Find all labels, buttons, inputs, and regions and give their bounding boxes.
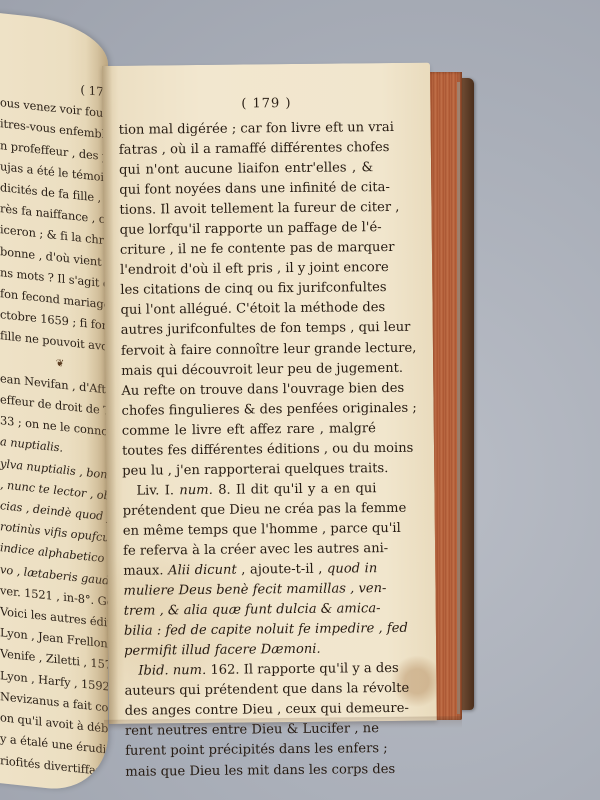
text-line: tions. Il avoit tellement la fureur de c… xyxy=(119,198,373,221)
text-span: Liv. I. xyxy=(136,483,179,498)
text-line: Ibid. num. 162. Il rapporte qu'il y a de… xyxy=(124,659,378,682)
italic-span: quod in xyxy=(327,561,377,577)
text-span: , ajoute-t-il , xyxy=(237,562,327,578)
text-line: tion mal digérée ; car fon livre eft un … xyxy=(119,118,373,141)
text-line: l'endroit d'où il eft pris , il y joint … xyxy=(120,258,374,281)
text-span: 162. Il rapporte qu'il y a des xyxy=(206,661,399,678)
text-line: qui font noyées dans une infinité de cit… xyxy=(119,178,373,201)
text-line: autres jurifconfultes de fon temps , qui… xyxy=(121,319,375,342)
text-line: en même temps que l'homme , parce qu'il xyxy=(123,519,377,542)
text-line: permifit illud facere Dæmoni. xyxy=(124,639,378,662)
text-line: auteurs qui prétendent que dans la révol… xyxy=(124,679,378,702)
italic-span: num. xyxy=(179,483,213,498)
text-line: mais qui découvroit leur peu de jugement… xyxy=(121,359,375,382)
text-line: bilia : fed de capite noluit fe impedire… xyxy=(124,619,378,642)
text-line: que lorfqu'il rapporte un paffage de l'é… xyxy=(120,218,374,241)
text-line: maux. Alii dicunt , ajoute-t-il , quod i… xyxy=(123,559,377,582)
italic-span: Ibid. num. xyxy=(138,663,206,679)
left-page: ( 178 ) ous venez voir fouvent ma fi itr… xyxy=(0,10,108,795)
text-line: prétendent que Dieu ne créa pas la femme xyxy=(123,499,377,522)
text-line: muliere Deus benè fecit mamillas , ven- xyxy=(123,579,377,602)
photo-scene: ( 178 ) ous venez voir fouvent ma fi itr… xyxy=(0,0,600,800)
text-line: qui l'ont allégué. C'étoit la méthode de… xyxy=(120,299,374,322)
text-line: fatras , où il a ramaffé différentes cho… xyxy=(119,138,373,161)
text-span: 8. Il dit qu'il y a en qui xyxy=(213,481,377,498)
right-page-number: ( 179 ) xyxy=(102,95,430,113)
right-page-text: tion mal digérée ; car fon livre eft un … xyxy=(119,118,380,782)
text-line: chofes fingulieres & des penfées origina… xyxy=(122,399,376,422)
text-line: toutes fes différentes éditions , ou du … xyxy=(122,439,376,462)
text-line: trem , & alia quæ funt dulcia & amica- xyxy=(124,599,378,622)
text-line: fe referva à la créer avec les autres an… xyxy=(123,539,377,562)
text-line: furent point précipités dans les enfers … xyxy=(125,740,379,763)
right-page: ( 179 ) tion mal digérée ; car fon livre… xyxy=(102,63,437,724)
text-line: fervoit à faire connoître leur grande le… xyxy=(121,339,375,362)
text-line: criture , il ne fe contente pas de marqu… xyxy=(120,238,374,261)
text-line: mais que Dieu les mit dans les corps des xyxy=(125,760,379,783)
text-span: maux. xyxy=(123,563,168,578)
page-bottom-shadow xyxy=(104,716,462,732)
text-line: peu lu , j'en rapporterai quelques trait… xyxy=(122,459,376,482)
text-line: qui n'ont aucune liaifon entr'elles , & xyxy=(119,158,373,181)
text-line: les citations de cinq ou fix jurifconful… xyxy=(120,279,374,302)
text-line: comme le livre eft affez rare , malgré xyxy=(122,419,376,442)
text-line: Au refte on trouve dans l'ouvrage bien d… xyxy=(121,379,375,402)
text-line: Liv. I. num. 8. Il dit qu'il y a en qui xyxy=(122,479,376,502)
italic-span: Alii dicunt xyxy=(168,563,237,579)
